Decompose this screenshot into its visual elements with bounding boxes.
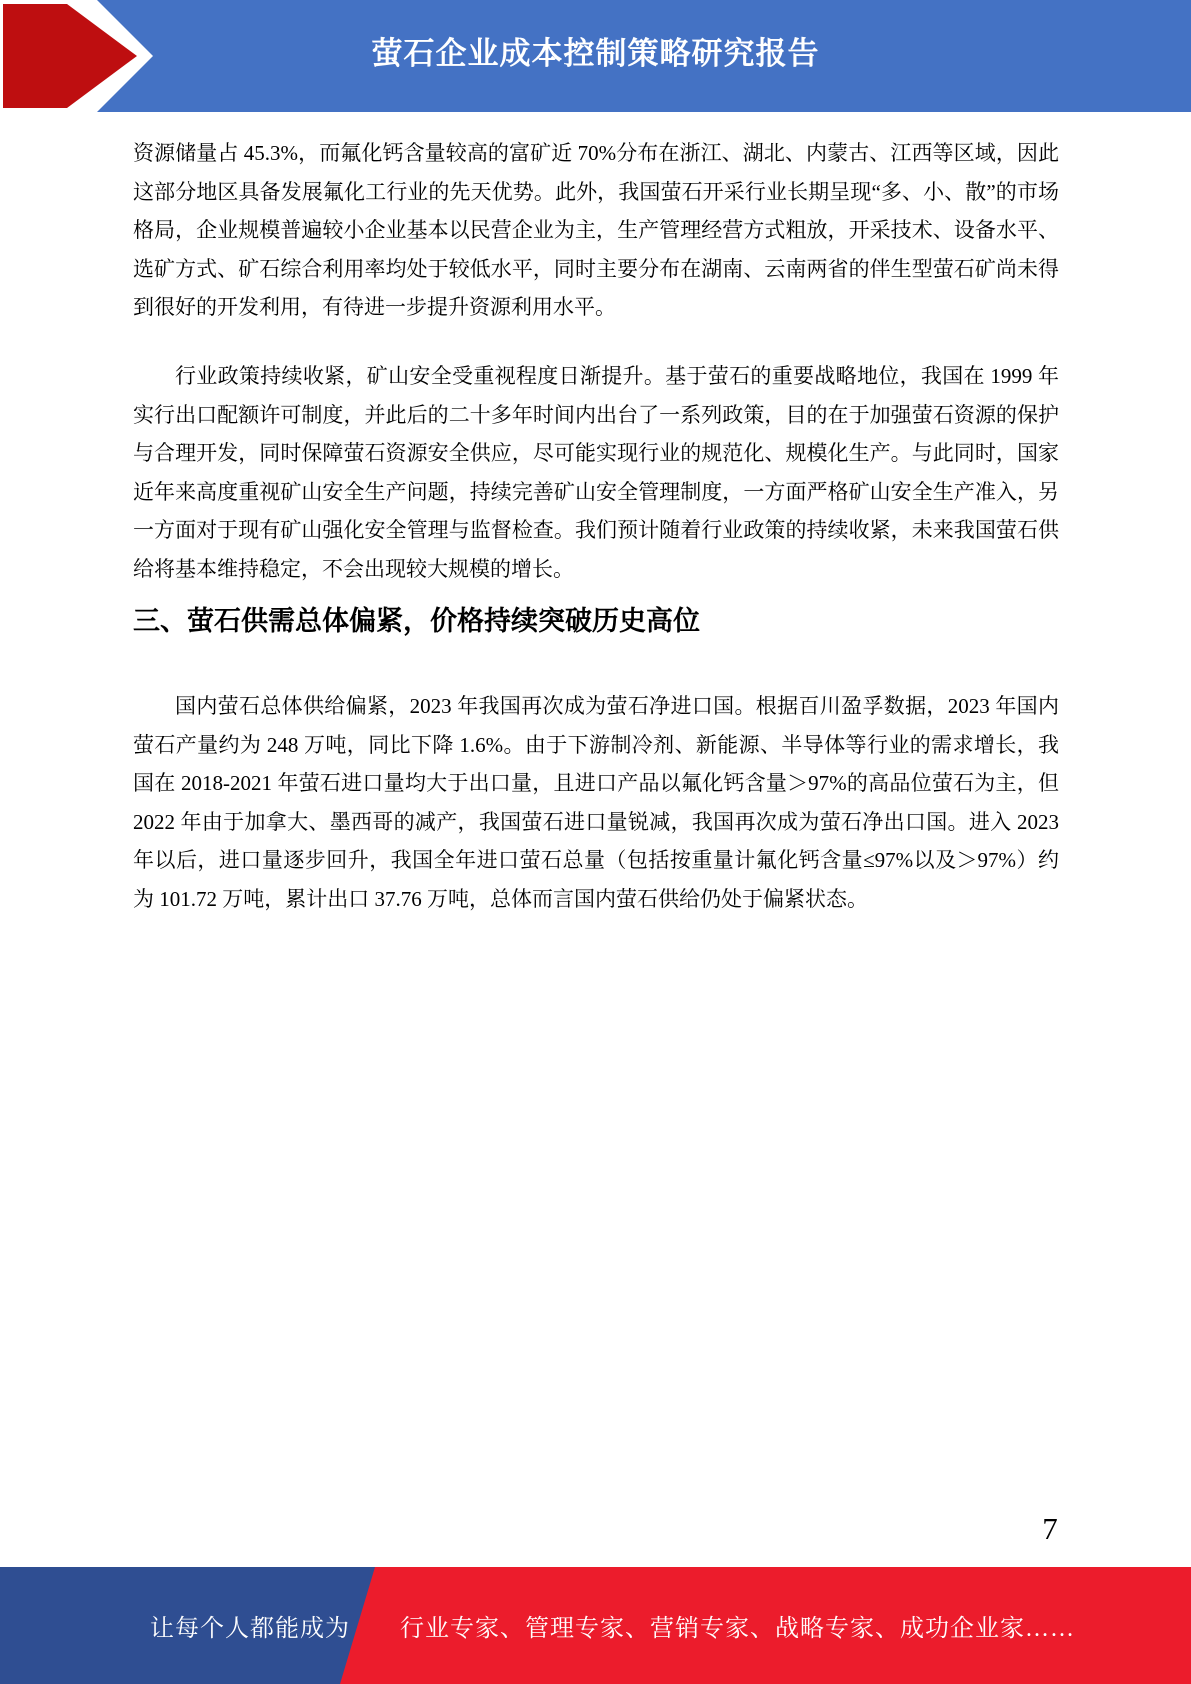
- paragraph-industry-policy: 行业政策持续收紧，矿山安全受重视程度日渐提升。基于萤石的重要战略地位，我国在 1…: [133, 357, 1059, 589]
- report-title: 萤石企业成本控制策略研究报告: [0, 0, 1191, 100]
- header-band: 萤石企业成本控制策略研究报告: [0, 0, 1191, 112]
- page-number: 7: [1020, 1512, 1080, 1546]
- paragraph-resource-distribution: 资源储量占 45.3%，而氟化钙含量较高的富矿近 70%分布在浙江、湖北、内蒙古…: [133, 134, 1059, 327]
- footer-slogan-left: 让每个人都能成为: [0, 1567, 350, 1684]
- footer-band: 让每个人都能成为 行业专家、管理专家、营销专家、战略专家、成功企业家……: [0, 1567, 1191, 1684]
- document-page: 萤石企业成本控制策略研究报告 资源储量占 45.3%，而氟化钙含量较高的富矿近 …: [0, 0, 1191, 1684]
- footer-slogan-right: 行业专家、管理专家、营销专家、战略专家、成功企业家……: [400, 1567, 1180, 1684]
- section-heading: 三、萤石供需总体偏紧，价格持续突破历史高位: [133, 603, 1113, 639]
- paragraph-supply-demand: 国内萤石总体供给偏紧，2023 年我国再次成为萤石净进口国。根据百川盈孚数据，2…: [133, 687, 1059, 919]
